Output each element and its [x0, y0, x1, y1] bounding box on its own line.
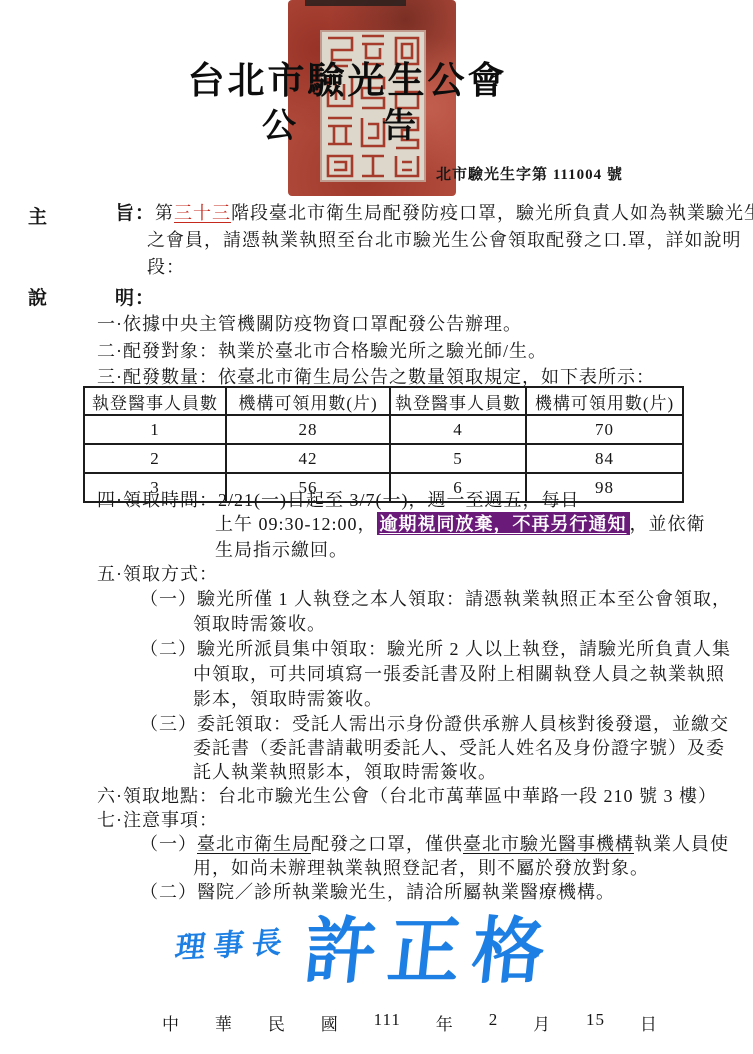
announcement-document: 台北市驗光生公會 公告 北市驗光生字第 111004 號 主 旨：第三十三階段臺…: [0, 0, 753, 1054]
item-5-sub-2-line-2: 中領取，可共同填寫一張委託書及附上相關執登人員之執業執照: [193, 663, 725, 685]
item-5-heading: 五·領取方式：: [97, 563, 218, 585]
item-5-sub-1-line-2: 領取時需簽收。: [193, 613, 326, 635]
announcement-word-left: 公: [262, 108, 296, 145]
table-cell: 42: [226, 444, 390, 473]
item-4-line-2: 上午 09:30-12:00，逾期視同放棄，不再另行通知，並依衛: [215, 513, 706, 535]
table-cell: 5: [390, 444, 526, 473]
date-token: 111: [374, 1010, 401, 1035]
note-1-prefix: （一）: [140, 834, 197, 854]
note-1-mid: 配發之口罩，僅供: [311, 834, 463, 854]
item-6-location: 六·領取地點：台北市驗光生公會（台北市萬華區中華路一段 210 號 3 樓）: [97, 785, 717, 807]
table-cell: 28: [226, 415, 390, 444]
item-5-sub-2-line-3: 影本，領取時需簽收。: [193, 688, 383, 710]
item-2: 二·配發對象：執業於臺北市合格驗光所之驗光師/生。: [97, 340, 547, 362]
date-token: 民: [268, 1010, 286, 1035]
item-5-sub-3-line-3: 託人執業執照影本，領取時需簽收。: [193, 761, 497, 783]
date-token: 國: [321, 1010, 339, 1035]
table-cell: 84: [526, 444, 683, 473]
table-cell: 2: [84, 444, 226, 473]
optometry-institution-underlined: 臺北市驗光醫事機構: [463, 834, 634, 854]
item-7-sub-1-line-1: （一）臺北市衛生局配發之口罩，僅供臺北市驗光醫事機構執業人員使: [140, 833, 729, 855]
subject-colon-label: 旨：: [115, 203, 155, 224]
table-cell: 4: [390, 415, 526, 444]
item-5-sub-3-line-2: 委託書（委託書請載明委託人、受託人姓名及身份證字號）及委: [193, 737, 725, 759]
table-row: 2 42 5 84: [84, 444, 683, 473]
stage-number-red: 三十三: [174, 203, 231, 223]
item-5-sub-2-line-1: （二）驗光所派員集中領取：驗光所 2 人以上執登，請驗光所負責人集: [140, 638, 731, 660]
date-line: 中 華 民 國 111 年 2 月 15 日: [162, 1010, 658, 1035]
chairman-signature: 許正格: [300, 893, 563, 997]
item-3: 三·配發數量：依臺北市衛生局公告之數量領取規定，如下表所示：: [97, 366, 655, 388]
item-4-line-1: 四·領取時間：2/21(一)日起至 3/7(一)，週一至週五，每日: [97, 489, 579, 511]
announcement-word-right: 告: [382, 108, 416, 145]
table-header-cell: 機構可領用數(片): [526, 387, 683, 415]
subject-line-1: 旨：第三十三階段臺北市衛生局配發防疫口罩，驗光所負責人如為執業驗光生: [115, 202, 753, 225]
item-5-sub-1-line-1: （一）驗光所僅 1 人執登之本人領取：請憑執業執照正本至公會領取，: [140, 588, 731, 610]
item-4-line-3: 生局指示繳回。: [215, 539, 348, 561]
subject-line-2: 之會員，請憑執業執照至台北市驗光生公會領取配發之口.罩，詳如說明: [147, 229, 742, 251]
subject-line-3: 段：: [147, 256, 185, 278]
table-header-cell: 機構可領用數(片): [226, 387, 390, 415]
subject-label: 主: [28, 202, 48, 229]
chairman-title-calligraphy: 理事長: [173, 917, 293, 967]
table-row: 1 28 4 70: [84, 415, 683, 444]
item-7-heading: 七·注意事項：: [97, 809, 218, 831]
page-title: 台北市驗光生公會: [0, 50, 695, 104]
table-header-cell: 執登醫事人員數: [84, 387, 226, 415]
date-token: 中: [162, 1010, 180, 1035]
explanation-label: 說: [28, 283, 48, 310]
pickup-time-suffix: ，並依衛: [630, 514, 706, 534]
item-7-sub-1-line-2: 用，如尚未辦理執業執照登記者，則不屬於發放對象。: [193, 857, 649, 879]
date-token: 日: [640, 1010, 658, 1035]
subject-line-1-rest: 階段臺北市衛生局配發防疫口罩，驗光所負責人如為執業驗光生: [231, 203, 753, 223]
date-token: 年: [436, 1010, 454, 1035]
item-1: 一·依據中央主管機關防疫物資口罩配發公告辦理。: [97, 313, 522, 335]
table-header-row: 執登醫事人員數 機構可領用數(片) 執登醫事人員數 機構可領用數(片): [84, 387, 683, 415]
health-bureau-underlined: 臺北市衛生局: [197, 834, 311, 854]
subject-prefix: 第: [155, 203, 174, 223]
seal-photo-crop-edge: [305, 0, 406, 6]
table-header-cell: 執登醫事人員數: [390, 387, 526, 415]
table-cell: 1: [84, 415, 226, 444]
date-token: 月: [533, 1010, 551, 1035]
doc-number: 北市驗光生字第 111004 號: [436, 163, 623, 184]
date-token: 15: [586, 1010, 605, 1035]
date-token: 華: [215, 1010, 233, 1035]
mask-quota-table: 執登醫事人員數 機構可領用數(片) 執登醫事人員數 機構可領用數(片) 1 28…: [83, 386, 684, 503]
deadline-warning-highlight: 逾期視同放棄，不再另行通知: [377, 512, 630, 535]
announcement-heading: 公告: [262, 98, 416, 147]
table-cell: 70: [526, 415, 683, 444]
item-5-sub-3-line-1: （三）委託領取：受託人需出示身份證供承辦人員核對後發還，並繳交: [140, 713, 729, 735]
date-token: 2: [489, 1010, 499, 1035]
pickup-time-hours: 上午 09:30-12:00，: [215, 514, 377, 534]
explanation-colon-label: 明：: [115, 283, 155, 310]
note-1-tail: 執業人員使: [634, 834, 729, 854]
